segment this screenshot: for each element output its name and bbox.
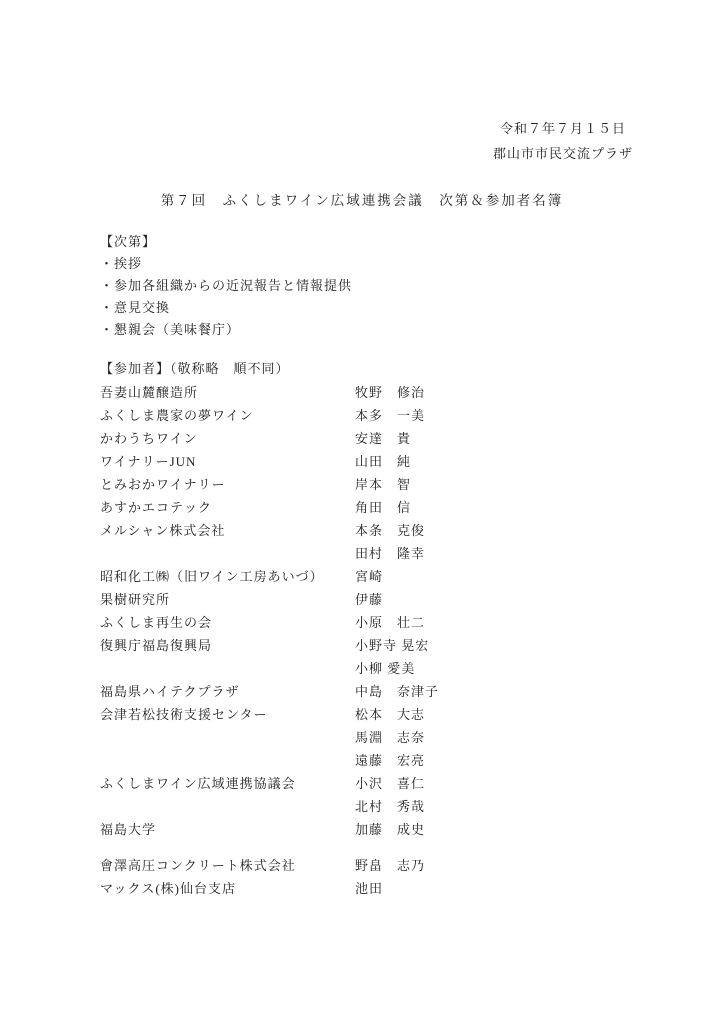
participant-row: 果樹研究所 伊藤: [100, 588, 660, 611]
participants-heading: 【参加者】（敬称略 順不同）: [100, 357, 660, 381]
participant-org: ふくしま再生の会: [100, 611, 212, 634]
participant-org: 復興庁福島復興局: [100, 634, 212, 657]
document-page: 令和７年７月１５日 郡山市市民交流プラザ 第７回 ふくしまワイン広域連携会議 次…: [0, 0, 724, 1024]
participant-name: 角田 信: [355, 496, 411, 519]
participant-org: ワイナリーJUN: [100, 450, 196, 473]
participant-name: 田村 隆幸: [355, 542, 425, 565]
participant-row: ふくしまワイン広域連携協議会 小沢 喜仁: [100, 772, 660, 795]
participant-name: 山田 純: [355, 450, 411, 473]
agenda-item: ・挨拶: [100, 253, 352, 275]
participant-org: メルシャン株式会社: [100, 519, 225, 542]
participant-name: 安達 貴: [355, 427, 411, 450]
participant-name: 宮崎: [355, 565, 383, 588]
participant-org: 果樹研究所: [100, 588, 170, 611]
participant-org: かわうちワイン: [100, 427, 198, 450]
page-title: 第７回 ふくしまワイン広域連携会議 次第＆参加者名簿: [0, 189, 724, 209]
participant-row: ふくしま再生の会 小原 壮二: [100, 611, 660, 634]
participant-row: かわうちワイン 安達 貴: [100, 427, 660, 450]
participant-row: マックス(株)仙台支店 池田: [100, 877, 660, 900]
participant-org: マックス(株)仙台支店: [100, 877, 236, 900]
participant-org: 會澤高圧コンクリート株式会社: [100, 854, 296, 877]
agenda-item: ・参加各組織からの近況報告と情報提供: [100, 275, 352, 297]
participant-org: 会津若松技術支援センター: [100, 703, 267, 726]
participant-row: 復興庁福島復興局 小野寺 晃宏: [100, 634, 660, 657]
agenda-list: ・挨拶・参加各組織からの近況報告と情報提供・意見交換・懇親会（美味餐庁）: [100, 253, 352, 341]
agenda-item: ・意見交換: [100, 297, 352, 319]
participant-row: 田村 隆幸: [100, 542, 660, 565]
participant-name: 伊藤: [355, 588, 383, 611]
participants-list: 吾妻山麓醸造所 牧野 修治 ふくしま農家の夢ワイン 本多 一美 かわうちワイン …: [100, 381, 660, 900]
participant-row: メルシャン株式会社 本条 克俊: [100, 519, 660, 542]
participant-row: 會澤高圧コンクリート株式会社 野畠 志乃: [100, 854, 660, 877]
participant-org: とみおかワイナリー: [100, 473, 226, 496]
participant-name: 池田: [355, 877, 383, 900]
agenda-item: ・懇親会（美味餐庁）: [100, 319, 352, 341]
participant-row: とみおかワイナリー 岸本 智: [100, 473, 660, 496]
participant-name: 中島 奈津子: [355, 680, 439, 703]
participant-name: 北村 秀哉: [355, 795, 425, 818]
participant-row: あすかエコテック 角田 信: [100, 496, 660, 519]
participant-name: 小柳 愛美: [355, 657, 415, 680]
venue-line: 郡山市市民交流プラザ: [463, 141, 663, 166]
participant-name: 加藤 成史: [355, 818, 425, 841]
participant-row: 福島大学 加藤 成史: [100, 818, 660, 841]
participant-org: 吾妻山麓醸造所: [100, 381, 198, 404]
participant-name: 松本 大志: [355, 703, 425, 726]
participant-org: あすかエコテック: [100, 496, 212, 519]
participant-org: 福島県ハイテクプラザ: [100, 680, 239, 703]
participants-section: 【参加者】（敬称略 順不同） 吾妻山麓醸造所 牧野 修治 ふくしま農家の夢ワイン…: [100, 357, 660, 900]
participant-row: 北村 秀哉: [100, 795, 660, 818]
date-line: 令和７年７月１５日: [463, 116, 663, 141]
participant-row: 馬淵 志奈: [100, 726, 660, 749]
date-block: 令和７年７月１５日 郡山市市民交流プラザ: [463, 116, 663, 166]
participant-row: 昭和化工㈱（旧ワイン工房あいづ） 宮崎: [100, 565, 660, 588]
participant-row: 吾妻山麓醸造所 牧野 修治: [100, 381, 660, 404]
agenda-heading: 【次第】: [100, 231, 352, 253]
participant-row: 会津若松技術支援センター 松本 大志: [100, 703, 660, 726]
participant-name: 馬淵 志奈: [355, 726, 425, 749]
participant-name: 小原 壮二: [355, 611, 425, 634]
participant-name: 野畠 志乃: [355, 854, 425, 877]
participant-row: 遠藤 宏亮: [100, 749, 660, 772]
participant-org: 昭和化工㈱（旧ワイン工房あいづ）: [100, 565, 324, 588]
participant-row: ワイナリーJUN 山田 純: [100, 450, 660, 473]
participant-org: 福島大学: [100, 818, 156, 841]
participant-org: ふくしまワイン広域連携協議会: [100, 772, 296, 795]
participant-name: 遠藤 宏亮: [355, 749, 425, 772]
participant-name: 牧野 修治: [355, 381, 425, 404]
participant-name: 本条 克俊: [355, 519, 425, 542]
participant-name: 小野寺 晃宏: [355, 634, 429, 657]
participant-row: 小柳 愛美: [100, 657, 660, 680]
participant-name: 小沢 喜仁: [355, 772, 425, 795]
participant-row: 福島県ハイテクプラザ 中島 奈津子: [100, 680, 660, 703]
participant-name: 岸本 智: [355, 473, 411, 496]
participant-row: ふくしま農家の夢ワイン 本多 一美: [100, 404, 660, 427]
agenda-section: 【次第】 ・挨拶・参加各組織からの近況報告と情報提供・意見交換・懇親会（美味餐庁…: [100, 231, 352, 341]
participant-name: 本多 一美: [355, 404, 425, 427]
participant-org: ふくしま農家の夢ワイン: [100, 404, 254, 427]
